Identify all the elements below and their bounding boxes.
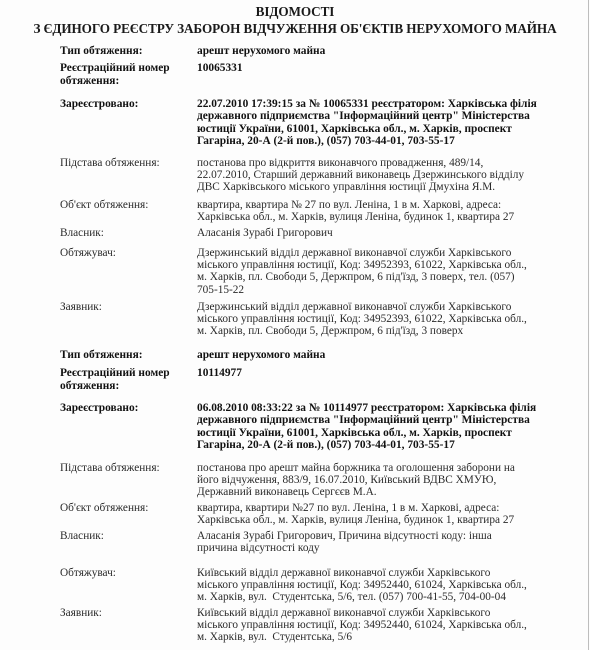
text-line: Аласанія Зурабі Григорович xyxy=(197,227,557,239)
text-line: Аласанія Зурабі Григорович, Причина відс… xyxy=(197,530,557,542)
owner-value: Аласанія Зурабі Григорович, Причина відс… xyxy=(197,530,557,554)
text-line: його відчуження, 883/9, 16.07.2010, Київ… xyxy=(197,474,557,486)
document-title: ВІДОМОСТІ xyxy=(0,4,590,20)
registered-label: Зареєстровано: xyxy=(60,402,195,415)
text-line: міського управління юстиції, Код: 349523… xyxy=(197,313,557,325)
text-line: постанова про відкриття виконавчого пров… xyxy=(197,157,557,169)
text-line: Харківська обл., м. Харків, вулиця Ленін… xyxy=(197,211,557,223)
type-label: Тип обтяження: xyxy=(60,349,195,362)
encumbrancer-value: Київський відділ державної виконавчої сл… xyxy=(197,567,557,604)
reg-number-value: 10065331 xyxy=(197,62,557,74)
object-value: квартира, квартири №27 по вул. Леніна, 1… xyxy=(197,502,557,526)
registered-value: 06.08.2010 08:33:22 за № 10114977 реєстр… xyxy=(197,402,557,452)
text-line: 06.08.2010 08:33:22 за № 10114977 реєстр… xyxy=(197,402,557,414)
text-line: державного підприємства "Інформаційний ц… xyxy=(197,110,557,122)
text-line: міського управління юстиції, Код: 349524… xyxy=(197,579,557,591)
basis-value: постанова про відкриття виконавчого пров… xyxy=(197,157,557,194)
applicant-value: Київський відділ державної виконавчої сл… xyxy=(197,607,557,644)
basis-value: постанова про арешт майна боржника та ог… xyxy=(197,462,557,499)
registered-value: 22.07.2010 17:39:15 за № 10065331 реєстр… xyxy=(197,98,557,148)
text-line: 22.07.2010 17:39:15 за № 10065331 реєстр… xyxy=(197,98,557,110)
text-line: юстиції України, 61001, Харківська обл.,… xyxy=(197,123,557,135)
text-line: м. Харків, пл. Свободи 5, Держпром, 6 пі… xyxy=(197,271,557,283)
text-line: Дзержинський відділ державної виконавчої… xyxy=(197,301,557,313)
text-line: Гагаріна, 20-А (2-й пов.), (057) 703-44-… xyxy=(197,439,557,451)
basis-label: Підстава обтяження: xyxy=(60,157,195,170)
basis-label: Підстава обтяження: xyxy=(60,462,195,475)
document-subtitle: З ЄДИНОГО РЕЄСТРУ ЗАБОРОН ВІДЧУЖЕННЯ ОБ'… xyxy=(0,21,590,37)
page-right-border xyxy=(588,0,589,650)
reg-number-label: Реєстраційний номеробтяження: xyxy=(60,62,195,89)
registered-label: Зареєстровано: xyxy=(60,98,195,111)
applicant-label: Заявник: xyxy=(60,301,195,314)
text-line: державного підприємства "Інформаційний ц… xyxy=(197,414,557,426)
text-line: м. Харків, вул. Студентська, 5/6 xyxy=(197,631,557,643)
type-value: арешт нерухомого майна xyxy=(197,45,557,57)
encumbrancer-label: Обтяжувач: xyxy=(60,567,195,580)
text-line: ДВС Харківського міського управління юст… xyxy=(197,181,557,193)
text-line: квартира, квартира № 27 по вул. Леніна, … xyxy=(197,199,557,211)
text-line: Гагаріна, 20-А (2-й пов.), (057) 703-44-… xyxy=(197,135,557,147)
text-line: 22.07.2010, Старший державний виконавець… xyxy=(197,169,557,181)
text-line: причина відсутності коду xyxy=(197,542,557,554)
applicant-value: Дзержинський відділ державної виконавчої… xyxy=(197,301,557,338)
object-value: квартира, квартира № 27 по вул. Леніна, … xyxy=(197,199,557,223)
reg-number-value: 10114977 xyxy=(197,367,557,379)
text-line: Київський відділ державної виконавчої сл… xyxy=(197,607,557,619)
type-value: арешт нерухомого майна xyxy=(197,349,557,361)
reg-number-label: Реєстраційний номеробтяження: xyxy=(60,367,195,394)
text-line: міського управління юстиції, Код: 349523… xyxy=(197,259,557,271)
text-line: міського управління юстиції, Код: 349524… xyxy=(197,619,557,631)
applicant-label: Заявник: xyxy=(60,607,195,620)
text-line: постанова про арешт майна боржника та ог… xyxy=(197,462,557,474)
text-line: квартира, квартири №27 по вул. Леніна, 1… xyxy=(197,502,557,514)
type-label: Тип обтяження: xyxy=(60,45,195,58)
text-line: м. Харків, пл. Свободи 5, Держпром, 6 пі… xyxy=(197,325,557,337)
encumbrancer-value: Дзержинський відділ державної виконавчої… xyxy=(197,247,557,296)
text-line: Дзержинський відділ державної виконавчої… xyxy=(197,247,557,259)
text-line: 705-15-22 xyxy=(197,284,557,296)
owner-label: Власник: xyxy=(60,227,195,240)
text-line: Харківська обл., м. Харків, вулиця Ленін… xyxy=(197,514,557,526)
text-line: Київський відділ державної виконавчої сл… xyxy=(197,567,557,579)
text-line: м. Харків, вул. Студентська, 5/6, тел. (… xyxy=(197,591,557,603)
object-label: Об'єкт обтяження: xyxy=(60,199,195,212)
text-line: юстиції України, 61001, Харківська обл.,… xyxy=(197,427,557,439)
text-line: Державний виконавець Сергєєв М.А. xyxy=(197,486,557,498)
owner-label: Власник: xyxy=(60,530,195,543)
object-label: Об'єкт обтяження: xyxy=(60,502,195,515)
owner-value: Аласанія Зурабі Григорович xyxy=(197,227,557,239)
encumbrancer-label: Обтяжувач: xyxy=(60,247,195,260)
